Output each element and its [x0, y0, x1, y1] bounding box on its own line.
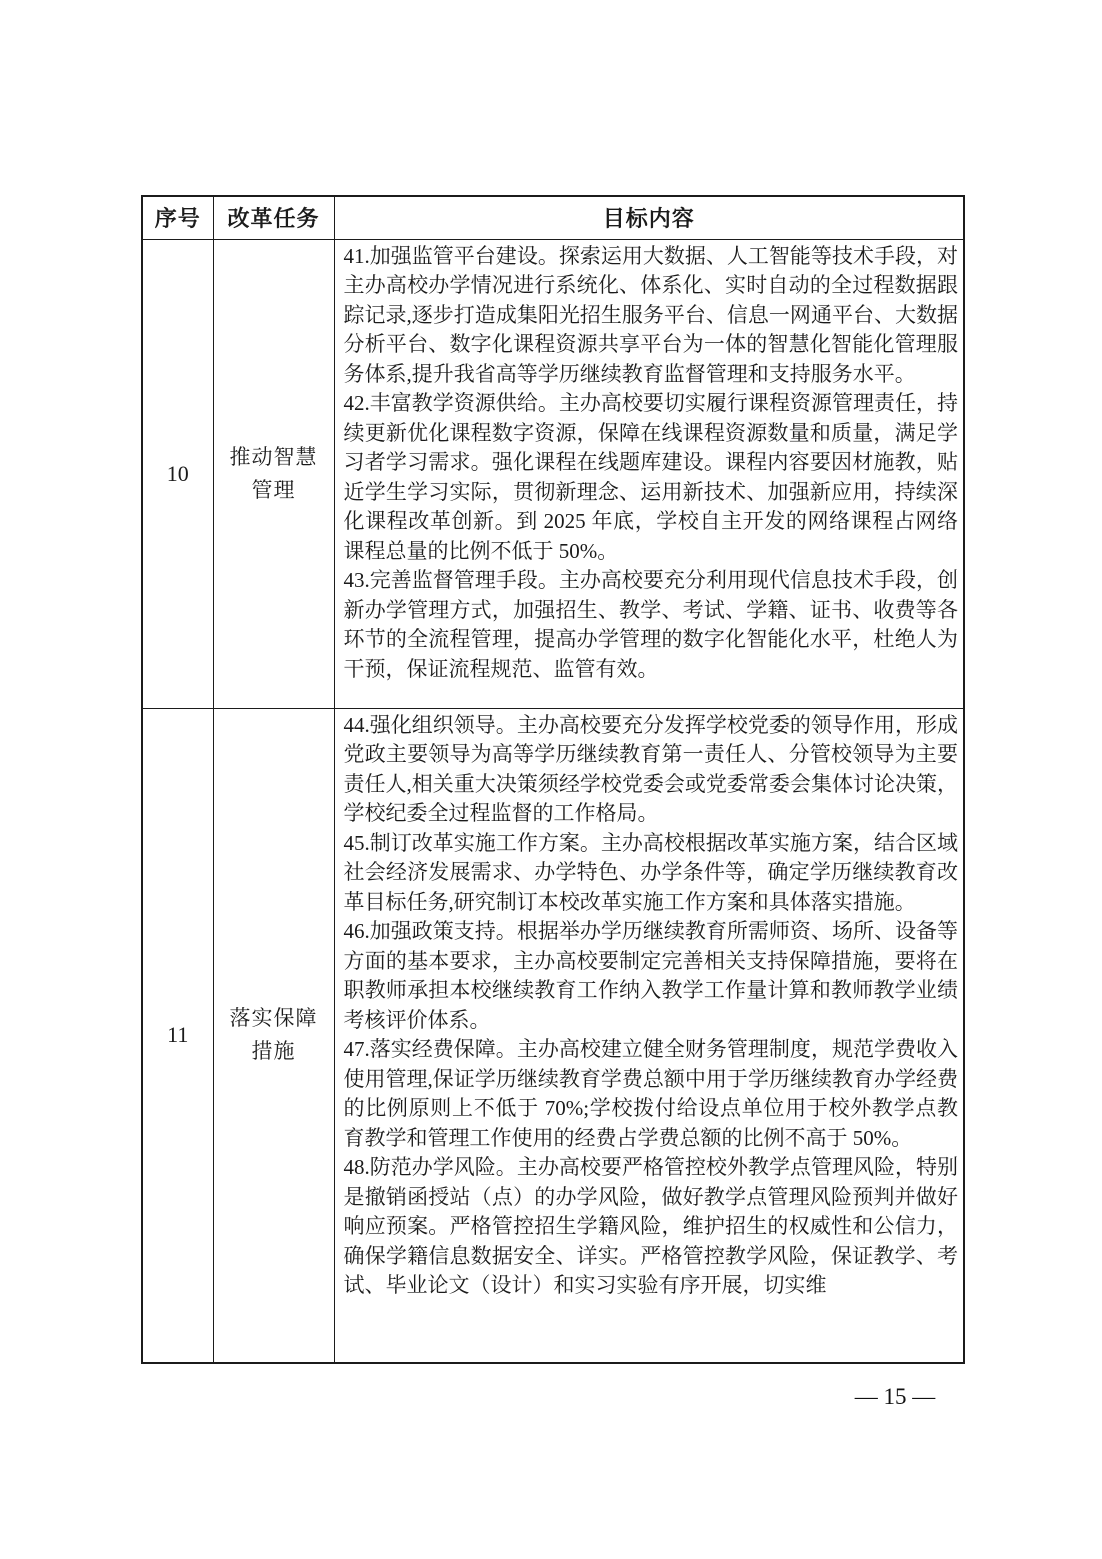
content-paragraph-46: 46.加强政策支持。根据举办学历继续教育所需师资、场所、设备等方面的基本要求，主… — [344, 917, 959, 1035]
content-paragraph-41: 41.加强监管平台建设。探索运用大数据、人工智能等技术手段，对主办高校办学情况进… — [344, 242, 959, 390]
row-number-cell: 10 — [142, 239, 213, 708]
task-cell: 落实保障措施 — [213, 708, 334, 1363]
content-paragraph-44: 44.强化组织领导。主办高校要充分发挥学校党委的领导作用，形成党政主要领导为高等… — [344, 711, 959, 829]
content-paragraph-45: 45.制订改革实施工作方案。主办高校根据改革实施方案，结合区域社会经济发展需求、… — [344, 829, 959, 918]
content-paragraph-47: 47.落实经费保障。主办高校建立健全财务管理制度，规范学费收入使用管理,保证学历… — [344, 1035, 959, 1153]
goal-content-cell: 41.加强监管平台建设。探索运用大数据、人工智能等技术手段，对主办高校办学情况进… — [334, 239, 964, 708]
page-number: — 15 — — [840, 1384, 950, 1410]
table-row-10: 10 推动智慧管理 41.加强监管平台建设。探索运用大数据、人工智能等技术手段，… — [142, 239, 964, 708]
content-paragraph-42: 42.丰富教学资源供给。主办高校要切实履行课程资源管理责任，持续更新优化课程数字… — [344, 389, 959, 566]
col-header-goal-content: 目标内容 — [334, 196, 964, 239]
document-page: 序号 改革任务 目标内容 10 推动智慧管理 41.加强监管平台建设。探索运用大… — [0, 0, 1102, 1559]
col-header-reform-task: 改革任务 — [213, 196, 334, 239]
row-number-cell: 11 — [142, 708, 213, 1363]
reform-tasks-table: 序号 改革任务 目标内容 10 推动智慧管理 41.加强监管平台建设。探索运用大… — [141, 195, 965, 1364]
task-cell: 推动智慧管理 — [213, 239, 334, 708]
table-header-row: 序号 改革任务 目标内容 — [142, 196, 964, 239]
goal-content-cell: 44.强化组织领导。主办高校要充分发挥学校党委的领导作用，形成党政主要领导为高等… — [334, 708, 964, 1363]
content-paragraph-48: 48.防范办学风险。主办高校要严格管控校外教学点管理风险，特别是撤销函授站（点）… — [344, 1153, 959, 1301]
col-header-serial-number: 序号 — [142, 196, 213, 239]
task-label: 推动智慧管理 — [228, 441, 320, 507]
task-label: 落实保障措施 — [228, 1002, 320, 1068]
content-paragraph-43: 43.完善监督管理手段。主办高校要充分利用现代信息技术手段，创新办学管理方式，加… — [344, 566, 959, 684]
table-row-11: 11 落实保障措施 44.强化组织领导。主办高校要充分发挥学校党委的领导作用，形… — [142, 708, 964, 1363]
